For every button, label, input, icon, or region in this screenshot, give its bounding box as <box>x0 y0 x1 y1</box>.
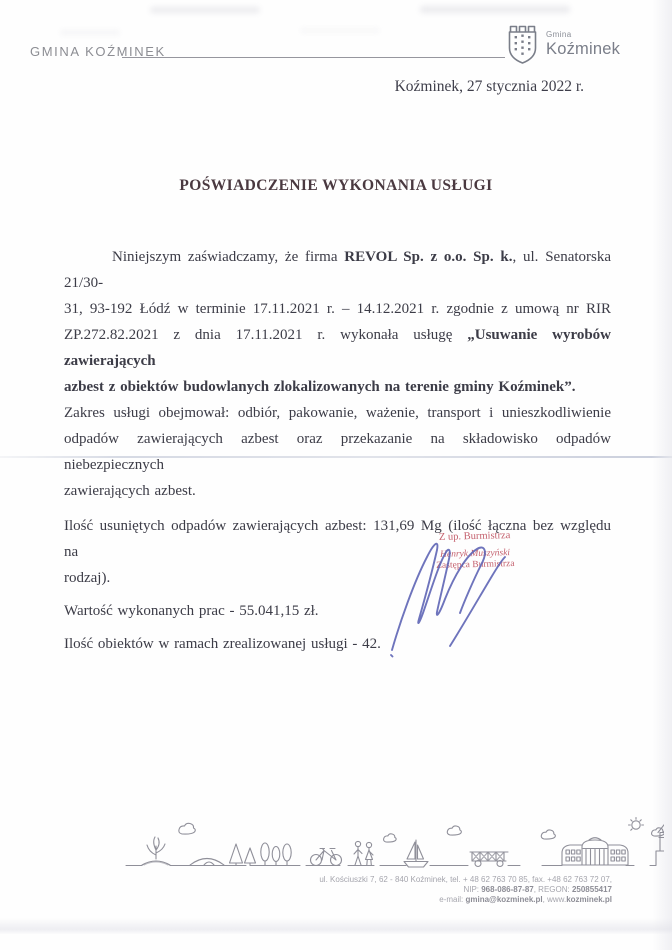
email-value: gmina@kozminek.pl <box>465 895 542 904</box>
crest-shield-icon <box>506 23 539 70</box>
scan-edge-shadow <box>652 0 672 950</box>
handwritten-signature-icon <box>378 526 538 661</box>
footer-registry-line: NIP: 968-086-87-87, REGON: 250855417 <box>319 885 612 895</box>
www-prefix: , www. <box>543 895 567 904</box>
body-line: zawierających azbest. <box>64 478 611 504</box>
nip-value: 968-086-87-87 <box>481 885 533 894</box>
body-line: Niniejszym zaświadczamy, że firma REVOL … <box>64 244 611 296</box>
body-line: azbest z obiektów budowlanych zlokalizow… <box>64 374 611 400</box>
scan-smudge <box>150 7 260 13</box>
www-value: kozminek.pl <box>566 895 612 904</box>
logo-wordmark: Gmina Koźminek <box>546 23 620 58</box>
scan-bottom-shadow <box>0 918 672 934</box>
footer-email-line: e-mail: gmina@kozminek.pl, www.kozminek.… <box>319 895 612 905</box>
company-name: REVOL Sp. z o.o. Sp. k. <box>344 249 512 265</box>
logo-large-label: Koźminek <box>546 41 620 58</box>
body-line: Zakres usługi obejmował: odbiór, pakowan… <box>64 400 611 426</box>
scan-smudge <box>300 28 380 33</box>
footer-address-line: ul. Kościuszki 7, 62 - 840 Koźminek, tel… <box>319 875 612 885</box>
gmina-kozminek-logo: Gmina Koźminek <box>506 23 620 70</box>
village-skyline-icon <box>124 815 664 873</box>
regon-value: 250855417 <box>572 885 612 894</box>
body-text-run: Niniejszym zaświadczamy, że firma <box>112 249 344 265</box>
body-line: ZP.272.82.2021 z dnia 17.11.2021 r. wyko… <box>64 322 611 374</box>
email-label: e-mail: <box>439 895 465 904</box>
document-title: POŚWIADCZENIE WYKONANIA USŁUGI <box>0 177 672 195</box>
header-rule-line <box>122 57 505 58</box>
regon-label: , REGON: <box>534 885 572 894</box>
footer-contact-block: ul. Kościuszki 7, 62 - 840 Koźminek, tel… <box>319 875 612 905</box>
scanned-document-page: GMINA KOŹMINEK Gmina Koźminek Koźminek, … <box>0 0 672 950</box>
nip-label: NIP: <box>463 885 481 894</box>
body-line: 31, 93-192 Łódź w terminie 17.11.2021 r.… <box>64 296 611 322</box>
logo-small-label: Gmina <box>546 31 620 39</box>
scan-smudge <box>60 30 120 35</box>
scan-smudge <box>420 6 570 13</box>
body-text-run: ZP.272.82.2021 z dnia 17.11.2021 r. wyko… <box>64 327 467 343</box>
body-line: odpadów zawierających azbest oraz przeka… <box>64 426 611 478</box>
document-date-line: Koźminek, 27 stycznia 2022 r. <box>0 78 584 96</box>
